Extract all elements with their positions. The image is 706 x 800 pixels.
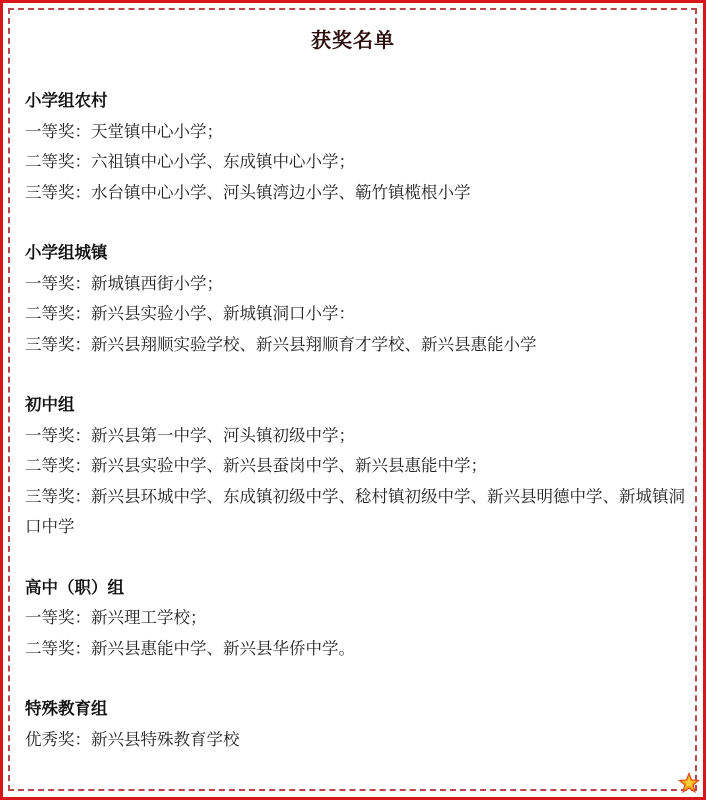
award-line-first: 一等奖：新兴理工学校；	[25, 603, 685, 634]
award-value: 水台镇中心小学、河头镇湾边小学、簕竹镇榄根小学	[91, 183, 471, 202]
section-heading: 小学组农村	[25, 86, 685, 117]
award-label: 优秀奖：	[25, 730, 91, 749]
document-title: 获奖名单	[0, 24, 706, 53]
award-line-first: 一等奖：新兴县第一中学、河头镇初级中学；	[25, 421, 685, 452]
section-senior-high-vocational: 高中（职）组 一等奖：新兴理工学校； 二等奖：新兴县惠能中学、新兴县华侨中学。	[25, 573, 685, 665]
award-line-third: 三等奖：新兴县翔顺实验学校、新兴县翔顺育才学校、新兴县惠能小学	[25, 330, 685, 361]
award-line-second: 二等奖：新兴县惠能中学、新兴县华侨中学。	[25, 634, 685, 665]
award-label: 二等奖：	[25, 304, 91, 323]
award-label: 一等奖：	[25, 426, 91, 445]
award-label: 二等奖：	[25, 152, 91, 171]
section-heading: 高中（职）组	[25, 573, 685, 604]
award-value: 新兴县第一中学、河头镇初级中学；	[91, 426, 355, 445]
award-value: 新兴县环城中学、东成镇初级中学、稔村镇初级中学、新兴县明德中学、新城镇洞口中学	[25, 487, 685, 537]
section-primary-urban: 小学组城镇 一等奖：新城镇西街小学； 二等奖：新兴县实验小学、新城镇洞口小学： …	[25, 238, 685, 360]
award-value: 新兴县惠能中学、新兴县华侨中学。	[91, 639, 355, 658]
section-special-education: 特殊教育组 优秀奖：新兴县特殊教育学校	[25, 694, 685, 755]
award-value: 新兴县实验小学、新城镇洞口小学：	[91, 304, 355, 323]
section-junior-high: 初中组 一等奖：新兴县第一中学、河头镇初级中学； 二等奖：新兴县实验中学、新兴县…	[25, 390, 685, 543]
award-value: 六祖镇中心小学、东成镇中心小学；	[91, 152, 355, 171]
award-value: 新城镇西街小学；	[91, 274, 223, 293]
award-label: 三等奖：	[25, 183, 91, 202]
award-line-second: 二等奖：六祖镇中心小学、东成镇中心小学；	[25, 147, 685, 178]
award-line-second: 二等奖：新兴县实验小学、新城镇洞口小学：	[25, 299, 685, 330]
award-value: 新兴县特殊教育学校	[91, 730, 240, 749]
award-label: 一等奖：	[25, 608, 91, 627]
section-heading: 特殊教育组	[25, 694, 685, 725]
award-line-first: 一等奖：新城镇西街小学；	[25, 269, 685, 300]
award-line-excellence: 优秀奖：新兴县特殊教育学校	[25, 725, 685, 756]
award-value: 新兴县翔顺实验学校、新兴县翔顺育才学校、新兴县惠能小学	[91, 335, 537, 354]
award-line-third: 三等奖：新兴县环城中学、东成镇初级中学、稔村镇初级中学、新兴县明德中学、新城镇洞…	[25, 482, 685, 543]
award-label: 三等奖：	[25, 335, 91, 354]
award-line-first: 一等奖：天堂镇中心小学；	[25, 117, 685, 148]
section-primary-rural: 小学组农村 一等奖：天堂镇中心小学； 二等奖：六祖镇中心小学、东成镇中心小学； …	[25, 86, 685, 208]
award-label: 三等奖：	[25, 487, 91, 506]
section-heading: 小学组城镇	[25, 238, 685, 269]
award-list-content: 小学组农村 一等奖：天堂镇中心小学； 二等奖：六祖镇中心小学、东成镇中心小学； …	[25, 86, 685, 785]
award-label: 二等奖：	[25, 639, 91, 658]
award-label: 一等奖：	[25, 274, 91, 293]
award-value: 天堂镇中心小学；	[91, 122, 223, 141]
award-line-third: 三等奖：水台镇中心小学、河头镇湾边小学、簕竹镇榄根小学	[25, 178, 685, 209]
award-line-second: 二等奖：新兴县实验中学、新兴县蚕岗中学、新兴县惠能中学；	[25, 451, 685, 482]
award-value: 新兴县实验中学、新兴县蚕岗中学、新兴县惠能中学；	[91, 456, 487, 475]
star-icon	[678, 772, 700, 794]
award-value: 新兴理工学校；	[91, 608, 207, 627]
award-label: 一等奖：	[25, 122, 91, 141]
section-heading: 初中组	[25, 390, 685, 421]
award-label: 二等奖：	[25, 456, 91, 475]
